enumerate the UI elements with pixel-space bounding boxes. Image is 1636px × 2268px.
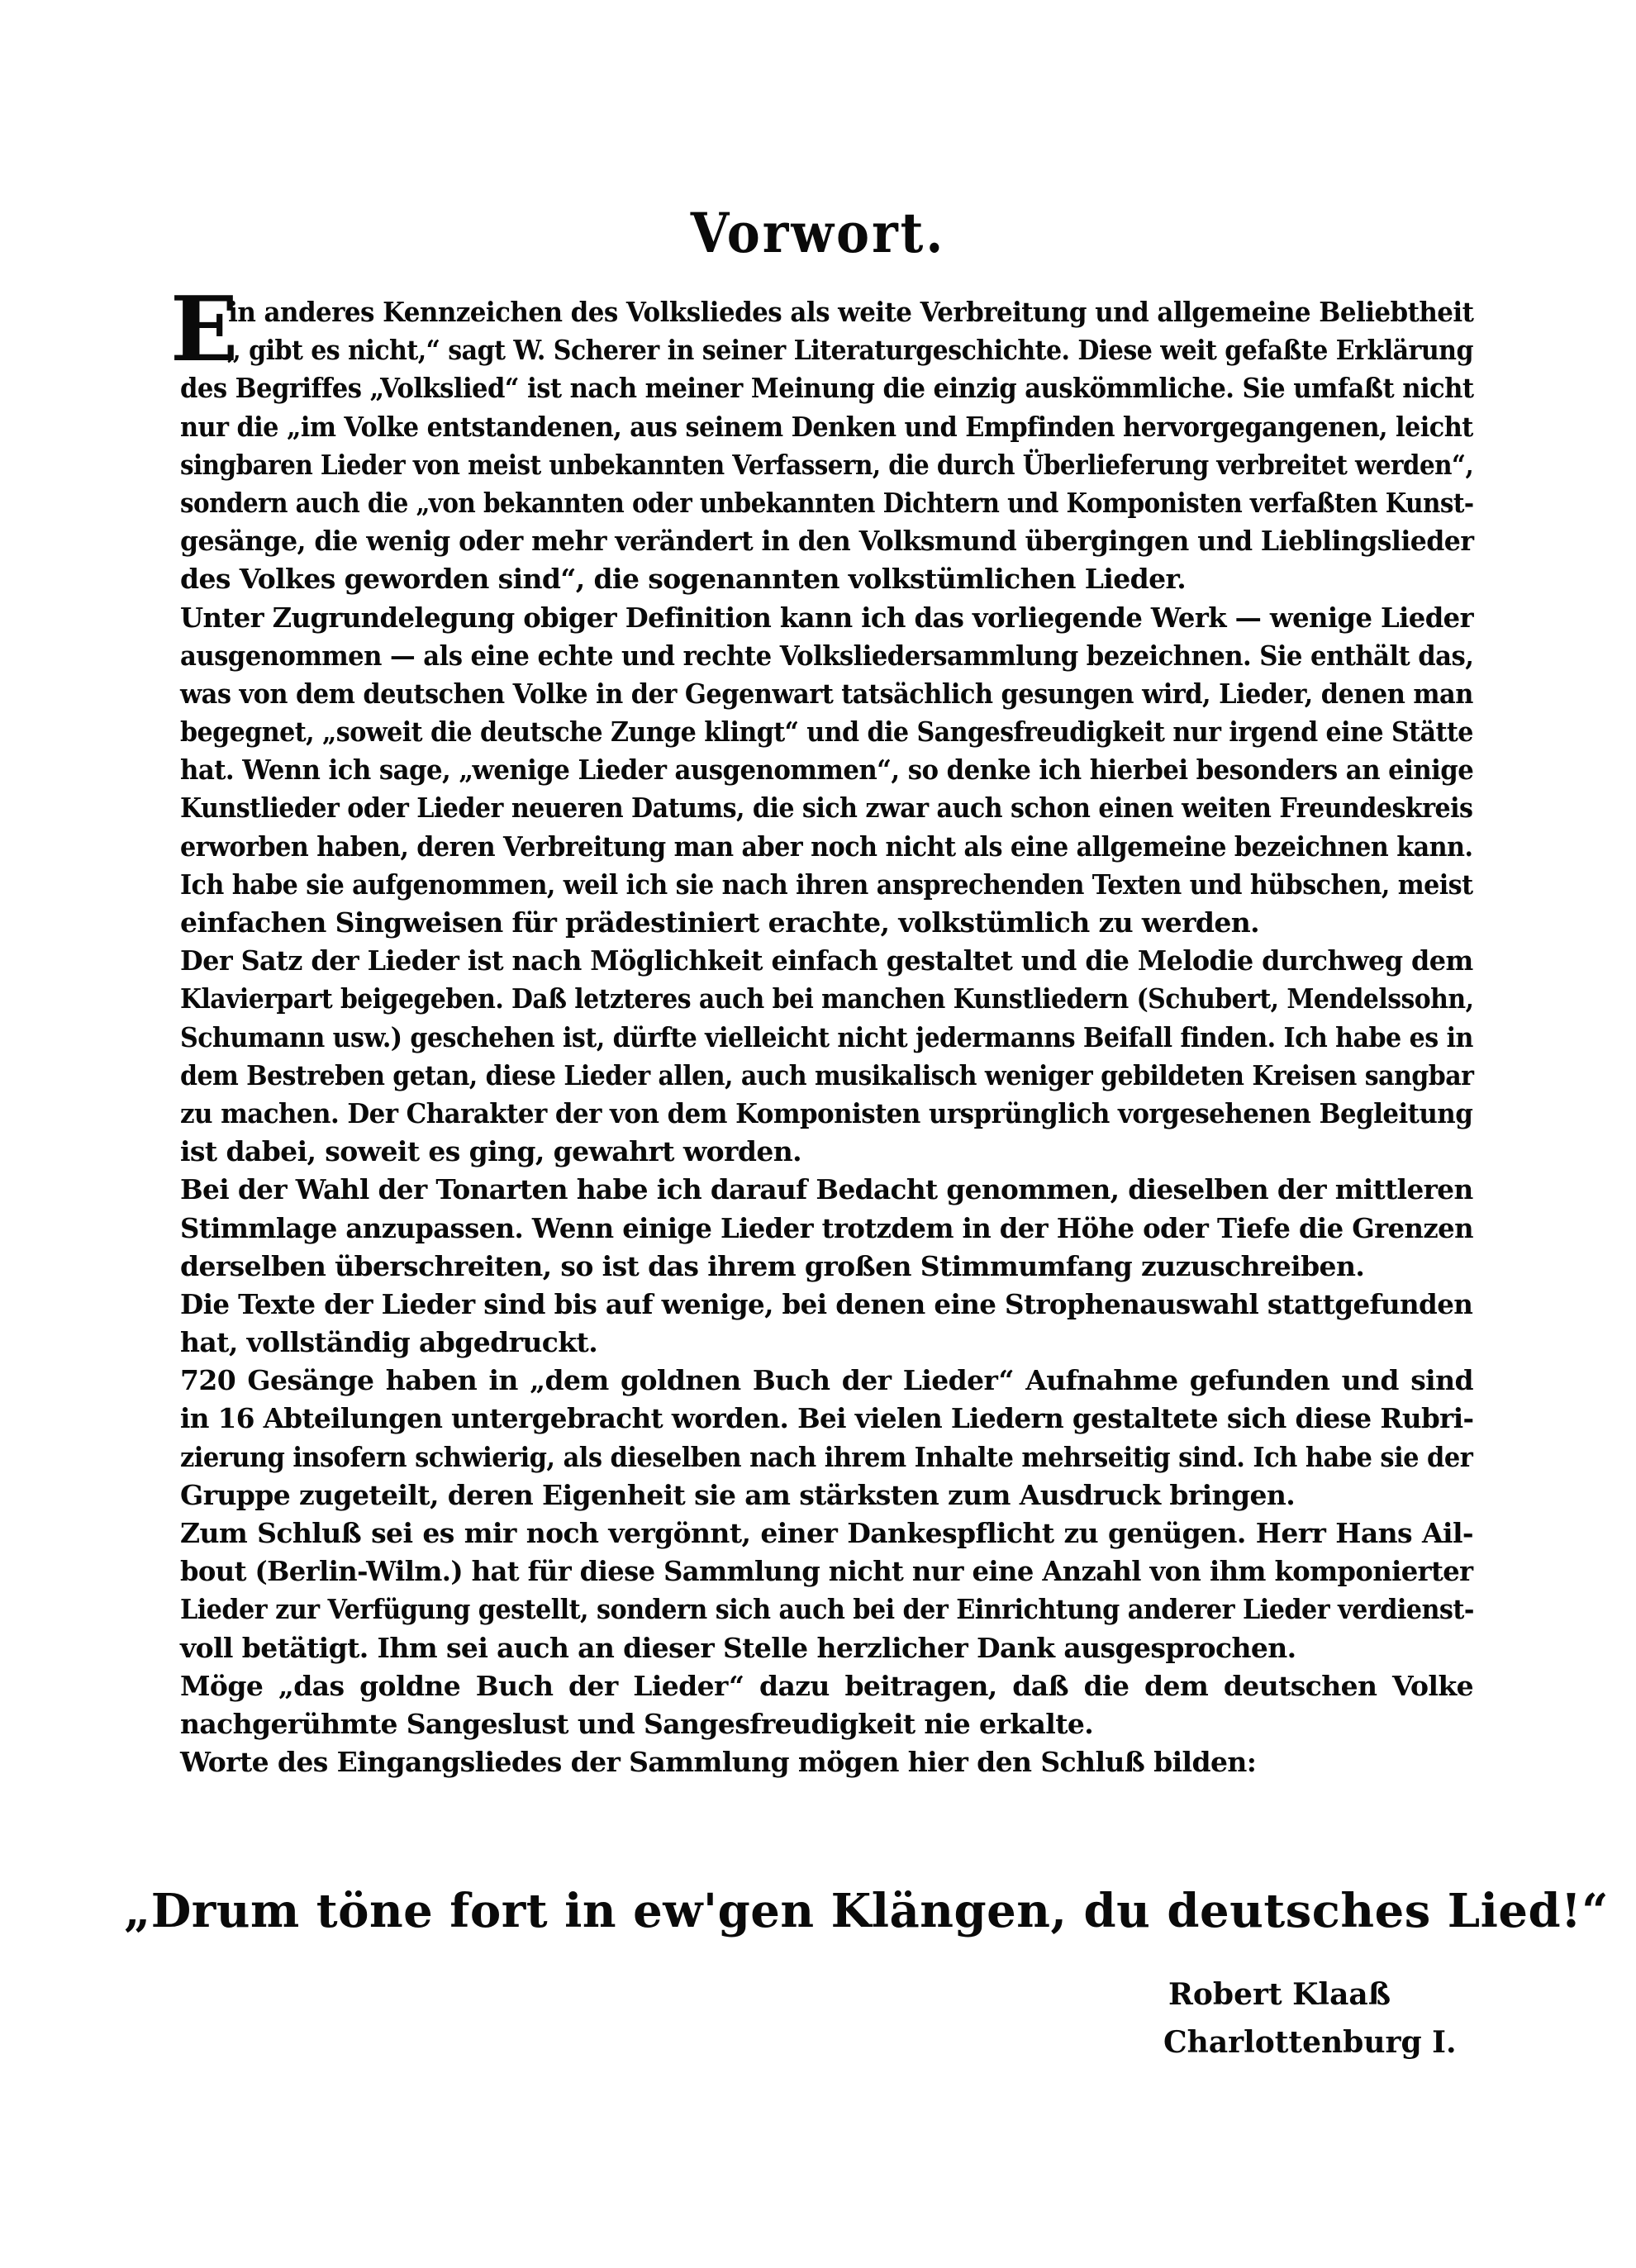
text-line: nur die „im Volke entstandenen, aus sein… bbox=[180, 408, 1473, 446]
paragraph: Unter Zugrundelegung obiger Definition k… bbox=[180, 599, 1473, 943]
text-line: „ gibt es nicht,“ sagt W. Scherer in sei… bbox=[180, 331, 1519, 369]
text-line: zu machen. Der Charakter der von dem Kom… bbox=[180, 1095, 1472, 1133]
text-line: Schumann usw.) geschehen ist, dürfte vie… bbox=[180, 1019, 1473, 1057]
text-line: Bei der Wahl der Tonarten habe ich darau… bbox=[180, 1171, 1473, 1209]
text-line: hat, vollständig abgedruckt. bbox=[180, 1324, 1473, 1362]
preface-body: in anderes Kennzeichen des Volksliedes a… bbox=[180, 293, 1473, 1781]
text-line: Klavierpart beigegeben. Daß letzteres au… bbox=[180, 980, 1473, 1018]
paragraph: Bei der Wahl der Tonarten habe ich darau… bbox=[180, 1171, 1473, 1286]
paragraph: Zum Schluß sei es mir noch vergönnt, ein… bbox=[180, 1514, 1473, 1667]
paragraph: Der Satz der Lieder ist nach Möglichkeit… bbox=[180, 942, 1473, 1171]
text-line: voll betätigt. Ihm sei auch an dieser St… bbox=[180, 1629, 1473, 1667]
text-line: gesänge, die wenig oder mehr verändert i… bbox=[180, 522, 1473, 560]
text-line: ausgenommen — als eine echte und rechte … bbox=[180, 637, 1473, 675]
text-line: sondern auch die „von bekannten oder unb… bbox=[180, 484, 1474, 522]
signature-block: Robert Klaaß Charlottenburg I. bbox=[1163, 1971, 1457, 2066]
text-line: singbaren Lieder von meist unbekannten V… bbox=[180, 446, 1473, 484]
text-line: derselben überschreiten, so ist das ihre… bbox=[180, 1248, 1473, 1286]
closing-motto: „Drum töne fort in ew'gen Klängen, du de… bbox=[124, 1884, 1512, 1938]
text-line: Möge „das goldne Buch der Lieder“ dazu b… bbox=[180, 1667, 1473, 1705]
text-line: begegnet, „soweit die deutsche Zunge kli… bbox=[180, 713, 1473, 751]
text-line: einfachen Singweisen für prädestiniert e… bbox=[180, 904, 1473, 942]
text-line: nachgerühmte Sangeslust und Sangesfreudi… bbox=[180, 1705, 1473, 1743]
text-line: Ich habe sie aufgenommen, weil ich sie n… bbox=[180, 866, 1473, 904]
paragraph: Die Texte der Lieder sind bis auf wenige… bbox=[180, 1286, 1473, 1362]
text-line: bout (Berlin-Wilm.) hat für diese Sammlu… bbox=[180, 1552, 1473, 1590]
text-line: des Begriffes „Volkslied“ ist nach meine… bbox=[180, 369, 1474, 407]
text-line: 720 Gesänge haben in „dem goldnen Buch d… bbox=[180, 1362, 1473, 1400]
text-line: erworben haben, deren Verbreitung man ab… bbox=[180, 828, 1472, 866]
paragraph: Worte des Eingangsliedes der Sammlung mö… bbox=[180, 1743, 1473, 1781]
text-line: Lieder zur Verfügung gestellt, sondern s… bbox=[180, 1590, 1474, 1628]
text-line: Kunstlieder oder Lieder neueren Datums, … bbox=[180, 789, 1472, 827]
text-line: zierung insofern schwierig, als dieselbe… bbox=[180, 1438, 1472, 1476]
author-name: Robert Klaaß bbox=[1163, 1971, 1457, 2018]
text-line: Gruppe zugeteilt, deren Eigenheit sie am… bbox=[180, 1476, 1473, 1514]
text-line: in 16 Abteilungen untergebracht worden. … bbox=[180, 1400, 1473, 1438]
text-line: Stimmlage anzupassen. Wenn einige Lieder… bbox=[180, 1210, 1473, 1248]
text-line: Die Texte der Lieder sind bis auf wenige… bbox=[180, 1286, 1472, 1324]
text-line: Unter Zugrundelegung obiger Definition k… bbox=[180, 599, 1473, 637]
paragraph: 720 Gesänge haben in „dem goldnen Buch d… bbox=[180, 1362, 1473, 1514]
text-line: was von dem deutschen Volke in der Gegen… bbox=[180, 675, 1473, 713]
text-line: des Volkes geworden sind“, die sogenannt… bbox=[180, 560, 1473, 598]
text-line: ist dabei, soweit es ging, gewahrt worde… bbox=[180, 1133, 1473, 1171]
text-line: dem Bestreben getan, diese Lieder allen,… bbox=[180, 1057, 1473, 1095]
text-line: Der Satz der Lieder ist nach Möglichkeit… bbox=[180, 942, 1473, 980]
page-title: Vorwort. bbox=[0, 202, 1636, 266]
text-line: Zum Schluß sei es mir noch vergönnt, ein… bbox=[180, 1514, 1473, 1552]
author-place: Charlottenburg I. bbox=[1163, 2018, 1457, 2066]
text-line: hat. Wenn ich sage, „wenige Lieder ausge… bbox=[180, 751, 1473, 789]
paragraph: in anderes Kennzeichen des Volksliedes a… bbox=[180, 293, 1473, 599]
document-page: Vorwort. E in anderes Kennzeichen des Vo… bbox=[0, 0, 1636, 2268]
paragraph: Möge „das goldne Buch der Lieder“ dazu b… bbox=[180, 1667, 1473, 1743]
text-line: in anderes Kennzeichen des Volksliedes a… bbox=[180, 293, 1522, 331]
text-line: Worte des Eingangsliedes der Sammlung mö… bbox=[180, 1743, 1473, 1781]
